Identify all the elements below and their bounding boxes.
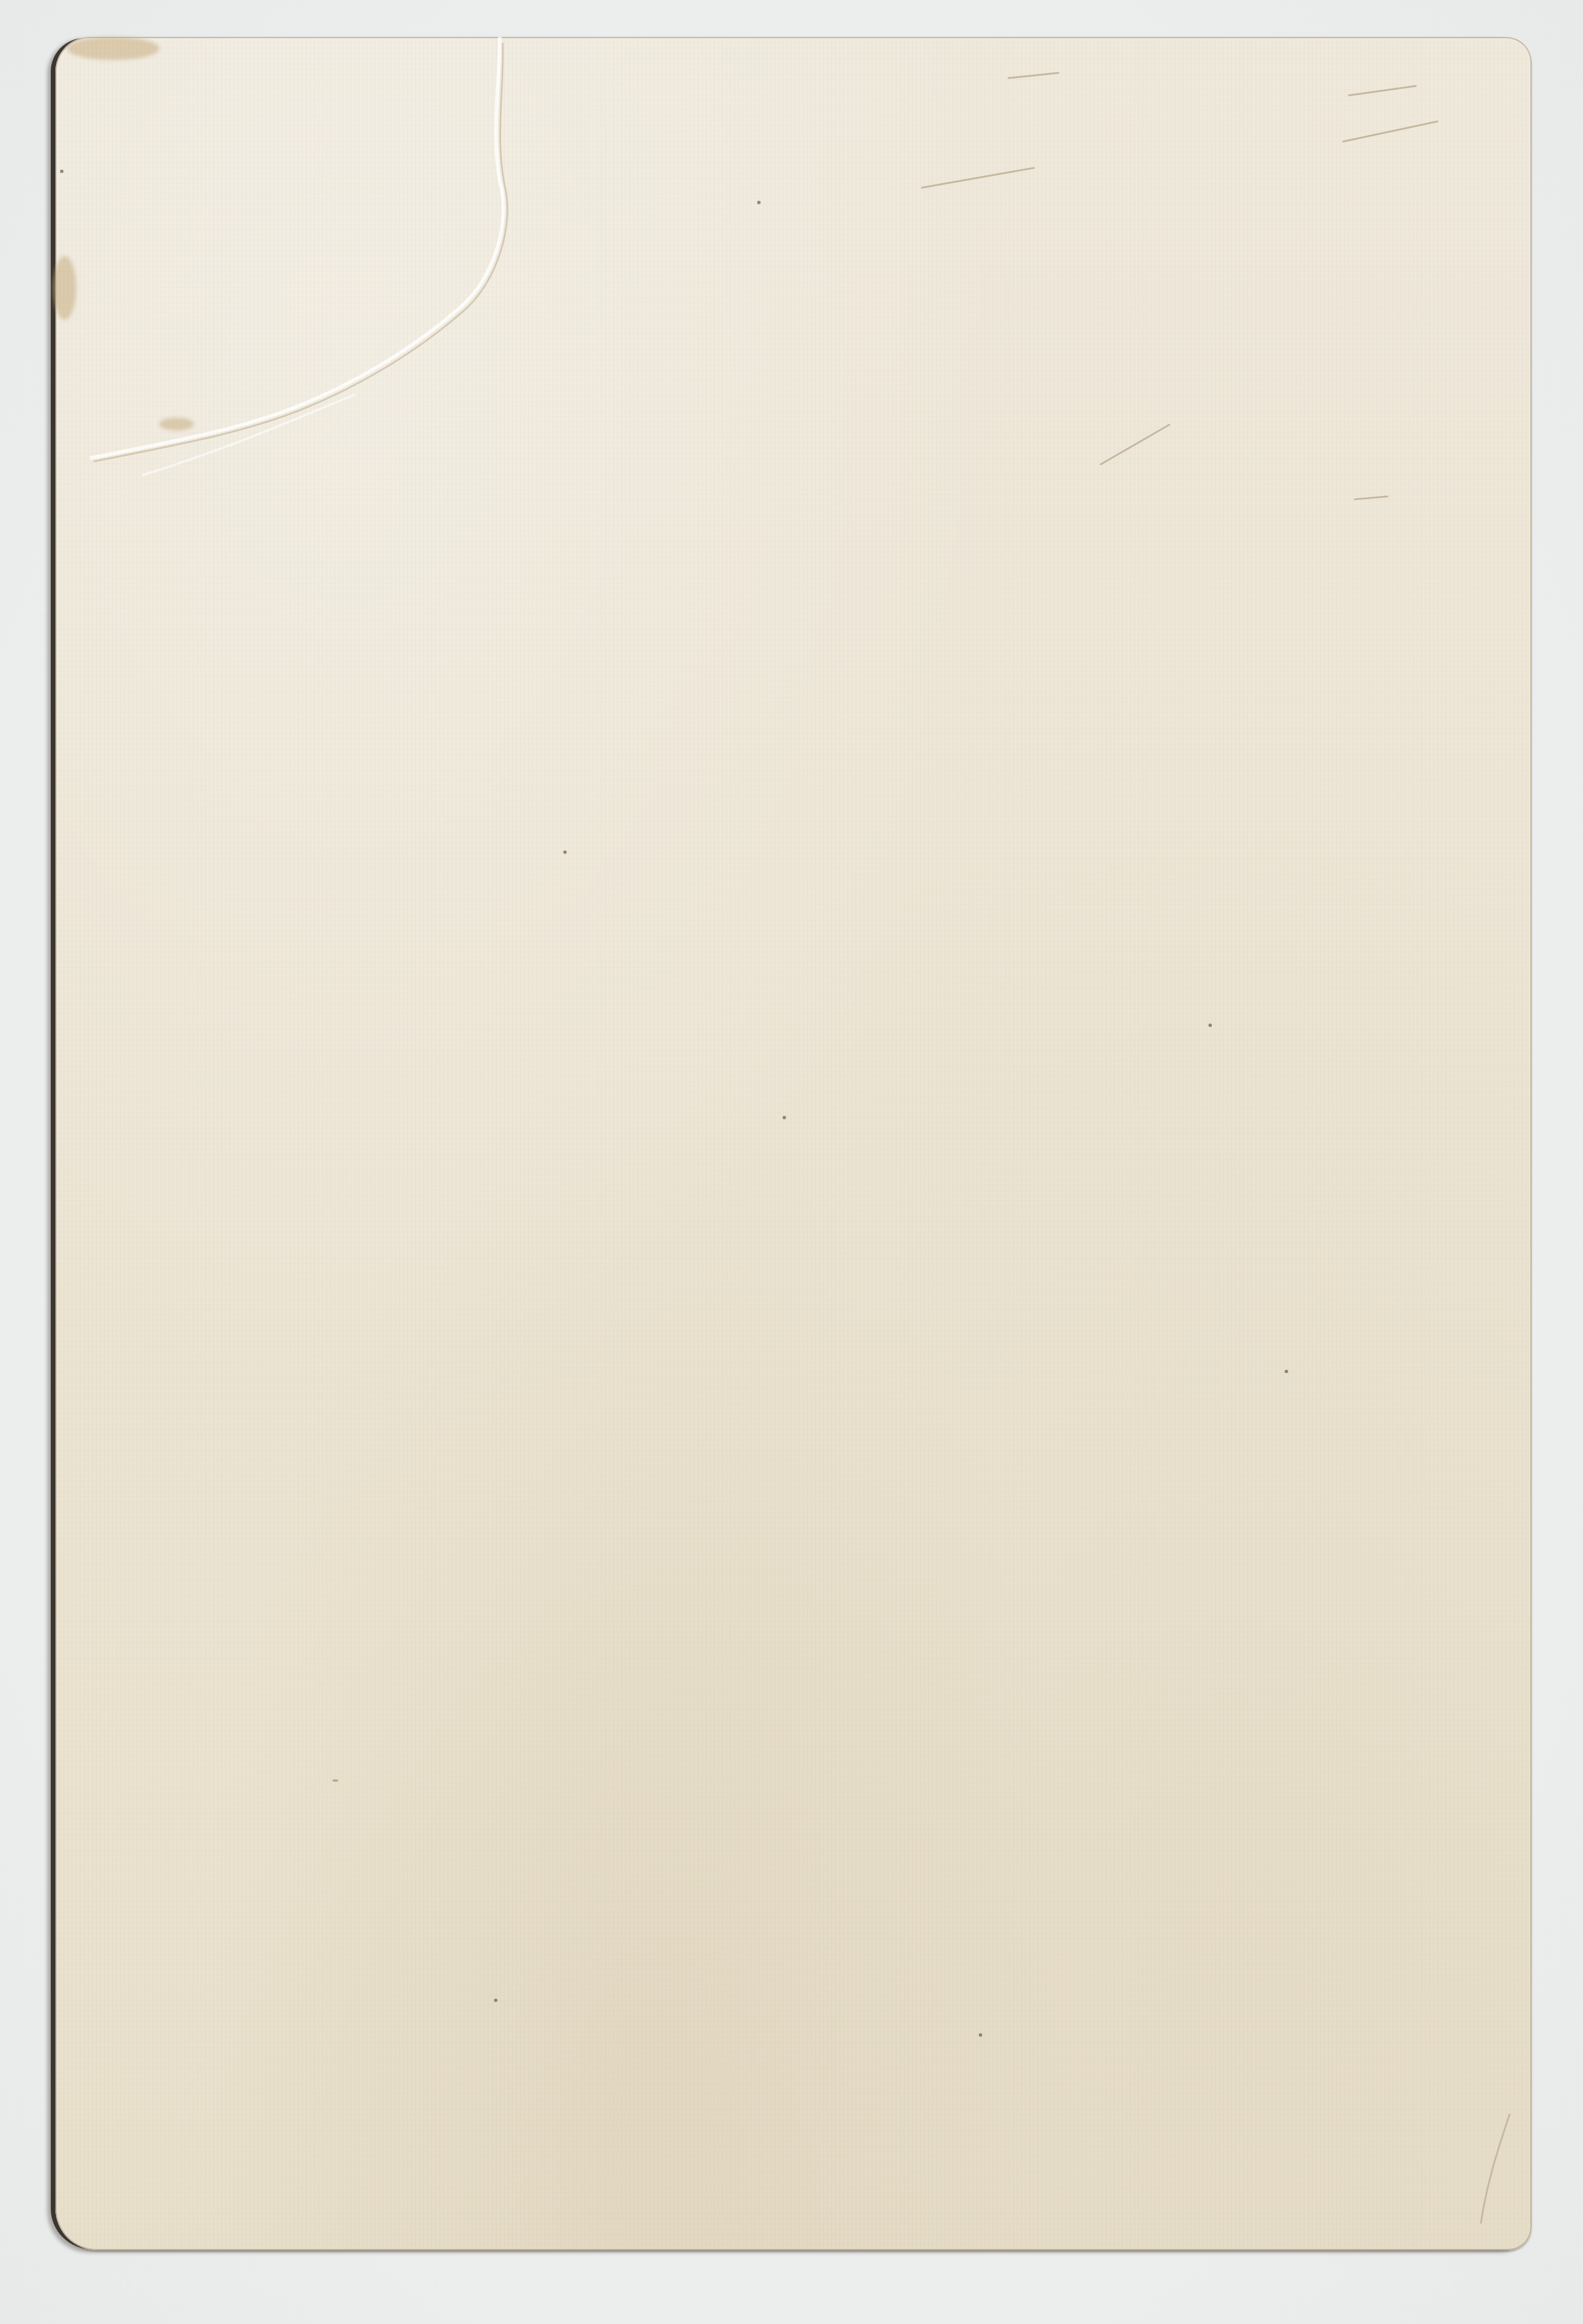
speck [757, 201, 761, 204]
crease-mark [90, 37, 503, 458]
scratch-mark [1348, 85, 1417, 96]
speck [1208, 1024, 1212, 1027]
speck [60, 170, 63, 173]
scratch-mark [1099, 423, 1170, 466]
edge-wear-left [53, 256, 76, 320]
speck [563, 850, 567, 854]
scratch-mark [1342, 121, 1439, 143]
scratch-mark [921, 167, 1035, 189]
speck [979, 2033, 982, 2037]
stain-spot [159, 418, 194, 430]
speck [1285, 1370, 1288, 1373]
card-back [55, 37, 1532, 2250]
corner-wear-top-left [67, 37, 159, 60]
scratch-mark [1008, 72, 1060, 79]
speck [332, 1779, 338, 1782]
scratch-mark [1354, 496, 1389, 500]
speck [783, 1116, 786, 1119]
speck [494, 1999, 497, 2002]
card-surface-marks [55, 37, 1532, 2250]
